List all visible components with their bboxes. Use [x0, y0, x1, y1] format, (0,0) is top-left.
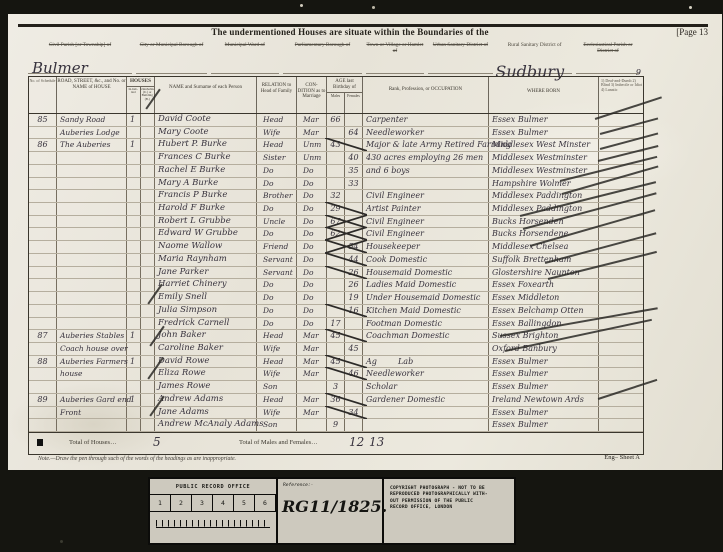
admin-field-label: Rural Sanitary District of: [497, 40, 572, 48]
name-cell: Harriet Chinery: [155, 279, 257, 291]
ruler-ticks: [156, 515, 270, 528]
admin-field-label: City or Municipal Borough of: [136, 40, 207, 48]
infirmity-cell: [599, 292, 643, 304]
age-male-cell: [327, 343, 345, 355]
occupation-cell: [363, 343, 489, 355]
name-cell: Fredrick Carnell: [155, 318, 257, 330]
condition-cell: Do: [297, 190, 327, 202]
total-houses-label: Total of Houses…: [69, 439, 117, 446]
houses-cell: [127, 241, 155, 253]
age-female-cell: [345, 114, 363, 126]
name-cell: Naome Wallow: [155, 241, 257, 253]
age-female-cell: [345, 318, 363, 330]
condition-cell: Do: [297, 178, 327, 190]
houses-cell: [127, 216, 155, 228]
name-cell: Mary A Burke: [155, 178, 257, 190]
header-houses: HOUSES In-hab-ited Uninhabited (U.) or B…: [127, 77, 155, 113]
infirmity-cell: [599, 368, 643, 380]
houses-cell: [127, 190, 155, 202]
road-cell: [57, 318, 127, 330]
houses-cell: 1: [127, 394, 155, 406]
occupation-cell: Civil Engineer: [363, 228, 489, 240]
census-row: Harriet ChineryDoDo26Ladies Maid Domesti…: [29, 279, 643, 292]
road-cell: [57, 228, 127, 240]
age-female-cell: 16: [345, 305, 363, 317]
condition-cell: Do: [297, 241, 327, 253]
road-cell: [57, 178, 127, 190]
road-cell: Auberies Farmers: [57, 356, 127, 368]
admin-field: Municipal Ward of: [211, 40, 279, 74]
birthplace-cell: Ireland Newtown Ards: [489, 394, 599, 406]
age-female-cell: [345, 228, 363, 240]
age-male-cell: [327, 407, 345, 419]
admin-field: Urban Sanitary District of: [428, 40, 494, 74]
total-females-value: 13: [369, 435, 384, 449]
age-male-cell: [327, 127, 345, 139]
census-row: 89Auberies Gard end1Andrew AdamsHeadMar3…: [29, 394, 643, 407]
schedule-cell: 89: [29, 394, 57, 406]
relation-cell: Head: [257, 330, 297, 342]
occupation-cell: Gardener Domestic: [363, 394, 489, 406]
census-row: Francis P BurkeBrotherDo32Civil Engineer…: [29, 190, 643, 203]
age-male-cell: 66: [327, 114, 345, 126]
public-record-office-stamp: PUBLIC RECORD OFFICE 123456 Reference:- …: [148, 477, 516, 545]
census-table: No. of Schedule ROAD, STREET, &c., and N…: [28, 76, 644, 455]
condition-cell: Unm: [297, 139, 327, 151]
census-row: Coach house overCaroline BakerWifeMar45O…: [29, 343, 643, 356]
condition-cell: Do: [297, 279, 327, 291]
condition-cell: [297, 419, 327, 431]
age-female-cell: [345, 203, 363, 215]
occupation-cell: [363, 419, 489, 431]
occupation-cell: Housemaid Domestic: [363, 267, 489, 279]
schedule-cell: [29, 407, 57, 419]
age-male-cell: [327, 279, 345, 291]
schedule-cell: 86: [29, 139, 57, 151]
road-cell: Front: [57, 407, 127, 419]
census-row: Naome WallowFriendDo54HousekeeperMiddles…: [29, 241, 643, 254]
age-female-cell: 40: [345, 152, 363, 164]
birthplace-cell: Essex Bulmer: [489, 419, 599, 431]
schedule-cell: 87: [29, 330, 57, 342]
age-female-cell: [345, 419, 363, 431]
road-cell: Auberies Lodge: [57, 127, 127, 139]
name-cell: Emily Snell: [155, 292, 257, 304]
schedule-cell: [29, 419, 57, 431]
name-cell: David Coote: [155, 114, 257, 126]
relation-cell: Do: [257, 305, 297, 317]
age-female-cell: 46: [345, 368, 363, 380]
schedule-cell: [29, 381, 57, 393]
infirmity-cell: [599, 343, 643, 355]
occupation-cell: Civil Engineer: [363, 216, 489, 228]
houses-cell: [127, 381, 155, 393]
occupation-cell: 430 acres employing 26 men: [363, 152, 489, 164]
name-cell: Eliza Rowe: [155, 368, 257, 380]
houses-cell: [127, 267, 155, 279]
table-body: 85Sandy Road1David CooteHeadMar66Carpent…: [29, 114, 643, 432]
road-cell: Auberies Stables: [57, 330, 127, 342]
infirmity-cell: [599, 330, 643, 342]
occupation-cell: Coachman Domestic: [363, 330, 489, 342]
name-cell: Frances C Burke: [155, 152, 257, 164]
age-female-cell: 34: [345, 407, 363, 419]
occupation-cell: Scholar: [363, 381, 489, 393]
occupation-cell: Needleworker: [363, 368, 489, 380]
census-row: Rachel E BurkeDoDo35and 6 boysMiddlesex …: [29, 165, 643, 178]
age-label: AGE last Birthday of: [333, 79, 356, 90]
houses-cell: [127, 279, 155, 291]
road-cell: [57, 152, 127, 164]
birthplace-cell: Essex Bulmer: [489, 127, 599, 139]
condition-cell: Do: [297, 305, 327, 317]
schedule-cell: [29, 368, 57, 380]
relation-cell: Wife: [257, 343, 297, 355]
ink-blot: [37, 439, 43, 446]
census-photograph: The undermentioned Houses are situate wi…: [0, 0, 723, 552]
houses-cell: 1: [127, 330, 155, 342]
schedule-cell: [29, 203, 57, 215]
age-male-cell: 45: [327, 356, 345, 368]
age-male-cell: [327, 305, 345, 317]
census-row: Auberies LodgeMary CooteWifeMar64Needlew…: [29, 127, 643, 140]
relation-cell: Wife: [257, 127, 297, 139]
relation-cell: Do: [257, 318, 297, 330]
header-occupation: Rank, Profession, or OCCUPATION: [363, 77, 489, 113]
name-cell: Mary Coote: [155, 127, 257, 139]
census-row: Harold F BurkeDoDo29Artist PainterMiddle…: [29, 203, 643, 216]
census-row: 88Auberies Farmers1David RoweHeadMar45Ag…: [29, 356, 643, 369]
occupation-cell: Footman Domestic: [363, 318, 489, 330]
age-female-cell: 44: [345, 254, 363, 266]
name-cell: Jane Adams: [155, 407, 257, 419]
occupation-cell: [363, 407, 489, 419]
admin-field-label: Urban Sanitary District of: [428, 40, 494, 48]
road-cell: [57, 254, 127, 266]
birthplace-cell: Essex Bulmer: [489, 381, 599, 393]
birthplace-cell: Essex Bulmer: [489, 368, 599, 380]
condition-cell: Do: [297, 228, 327, 240]
houses-cell: [127, 254, 155, 266]
age-male-cell: [327, 241, 345, 253]
relation-cell: Wife: [257, 407, 297, 419]
census-sheet: The undermentioned Houses are situate wi…: [8, 14, 722, 470]
census-row: 86The Auberies1Hubert P. BurkeHeadUnm43M…: [29, 139, 643, 152]
admin-band: Civil Parish [or Township] ofBulmerCity …: [28, 40, 644, 74]
occupation-cell: Needleworker: [363, 127, 489, 139]
age-female-cell: 54: [345, 241, 363, 253]
relation-cell: Head: [257, 356, 297, 368]
relation-cell: Friend: [257, 241, 297, 253]
age-male-cell: [327, 267, 345, 279]
occupation-cell: Ag Lab: [363, 356, 489, 368]
name-cell: Robert L Grubbe: [155, 216, 257, 228]
name-cell: James Rowe: [155, 381, 257, 393]
relation-cell: Do: [257, 279, 297, 291]
age-female-cell: [345, 381, 363, 393]
total-males-value: 12: [349, 435, 364, 449]
condition-cell: Mar: [297, 407, 327, 419]
name-cell: Rachel E Burke: [155, 165, 257, 177]
road-cell: The Auberies: [57, 139, 127, 151]
census-row: Julia SimpsonDoDo16Kitchen Maid Domestic…: [29, 305, 643, 318]
condition-cell: Do: [297, 318, 327, 330]
admin-field: Town or Village or Hamlet of: [366, 40, 423, 74]
occupation-cell: [363, 178, 489, 190]
birthplace-cell: Essex Middleton: [489, 292, 599, 304]
condition-cell: Do: [297, 254, 327, 266]
houses-cell: [127, 419, 155, 431]
houses-inhabited-label: In-hab-ited: [127, 87, 141, 113]
relation-cell: Brother: [257, 190, 297, 202]
birthplace-cell: Sussex Brighton: [489, 330, 599, 342]
schedule-cell: [29, 343, 57, 355]
header-relation: RELATION to Head of Family: [257, 77, 297, 113]
age-male-cell: [327, 178, 345, 190]
name-cell: Julia Simpson: [155, 305, 257, 317]
schedule-cell: [29, 254, 57, 266]
footnote: Note.—Draw the pen through such of the w…: [38, 456, 236, 462]
infirmity-cell: [599, 216, 643, 228]
schedule-cell: [29, 241, 57, 253]
condition-cell: Do: [297, 216, 327, 228]
houses-label: HOUSES: [127, 79, 154, 85]
admin-field-label: Civil Parish [or Township] of: [28, 40, 132, 48]
photo-speck: [300, 4, 303, 7]
census-row: 85Sandy Road1David CooteHeadMar66Carpent…: [29, 114, 643, 127]
occupation-cell: Carpenter: [363, 114, 489, 126]
occupation-cell: Artist Painter: [363, 203, 489, 215]
ruler-number: 1: [150, 495, 171, 511]
admin-field: Ecclesiastical Parish or District of9: [576, 40, 640, 74]
schedule-cell: [29, 127, 57, 139]
road-cell: [57, 190, 127, 202]
relation-cell: Head: [257, 114, 297, 126]
name-cell: Maria Raynham: [155, 254, 257, 266]
census-row: Fredrick CarnellDoDo17Footman DomesticEs…: [29, 318, 643, 331]
relation-cell: Do: [257, 165, 297, 177]
infirmity-cell: [599, 419, 643, 431]
relation-cell: Servant: [257, 254, 297, 266]
road-cell: [57, 419, 127, 431]
photo-speck: [689, 6, 692, 9]
age-male-cell: 3: [327, 381, 345, 393]
schedule-cell: [29, 305, 57, 317]
age-female-cell: [345, 356, 363, 368]
occupation-cell: Ladies Maid Domestic: [363, 279, 489, 291]
census-row: Frances C BurkeSisterUnm40430 acres empl…: [29, 152, 643, 165]
header-infirmities: 1) Deaf-and-Dumb 2) Blind 3) Imbecile or…: [599, 77, 643, 113]
name-cell: David Rowe: [155, 356, 257, 368]
infirmity-cell: [599, 190, 643, 202]
census-row: Emily SnellDoDo19Under Housemaid Domesti…: [29, 292, 643, 305]
age-female-cell: 19: [345, 292, 363, 304]
condition-cell: Mar: [297, 114, 327, 126]
schedule-cell: 88: [29, 356, 57, 368]
condition-cell: Mar: [297, 368, 327, 380]
condition-cell: Mar: [297, 356, 327, 368]
houses-cell: [127, 152, 155, 164]
admin-field-label: Parliamentary Borough of: [283, 40, 363, 48]
birthplace-cell: Essex Bulmer: [489, 407, 599, 419]
age-female-cell: [345, 394, 363, 406]
condition-cell: Do: [297, 267, 327, 279]
ruler-number: 2: [171, 495, 192, 511]
reference-label: Reference:-: [283, 483, 313, 488]
relation-cell: Do: [257, 203, 297, 215]
census-row: Mary A BurkeDoDo33Hampshire Wolmer: [29, 178, 643, 191]
road-cell: [57, 305, 127, 317]
age-male-cell: 62: [327, 228, 345, 240]
name-cell: Hubert P. Burke: [155, 139, 257, 151]
schedule-cell: [29, 279, 57, 291]
road-cell: Auberies Gard end: [57, 394, 127, 406]
age-female-cell: 26: [345, 267, 363, 279]
admin-field-value: Bulmer: [32, 59, 88, 77]
age-male-cell: 17: [327, 318, 345, 330]
admin-field: Rural Sanitary District ofSudbury: [497, 40, 572, 74]
occupation-cell: and 6 boys: [363, 165, 489, 177]
stamp-office-name: PUBLIC RECORD OFFICE: [150, 479, 276, 490]
infirmity-cell: [599, 267, 643, 279]
age-females-label: Females: [345, 93, 362, 113]
ruler-number: 4: [213, 495, 234, 511]
condition-cell: Do: [297, 165, 327, 177]
photo-edge-top: [0, 0, 723, 14]
age-female-cell: 35: [345, 165, 363, 177]
name-cell: Harold F Burke: [155, 203, 257, 215]
stamp-copyright: COPYRIGHT PHOTOGRAPH - NOT TO BEREPRODUC…: [384, 479, 514, 543]
header-road: ROAD, STREET, &c., and No. or NAME of HO…: [57, 77, 127, 113]
houses-cell: [127, 127, 155, 139]
houses-cell: [127, 203, 155, 215]
houses-cell: 1: [127, 114, 155, 126]
schedule-cell: [29, 165, 57, 177]
age-male-cell: [327, 292, 345, 304]
relation-cell: Son: [257, 381, 297, 393]
infirmity-cell: [599, 279, 643, 291]
schedule-cell: [29, 216, 57, 228]
houses-cell: [127, 305, 155, 317]
photo-speck: [372, 6, 375, 9]
total-persons-label: Total of Males and Females…: [239, 439, 318, 446]
relation-cell: Son: [257, 419, 297, 431]
sheet-label: Eng– Sheet A: [604, 454, 640, 461]
birthplace-cell: Middlesex Westminster: [489, 152, 599, 164]
photo-speck: [60, 540, 63, 543]
relation-cell: Servant: [257, 267, 297, 279]
stamp-reference: Reference:- RG11/1825.: [278, 479, 384, 543]
occupation-cell: Civil Engineer: [363, 190, 489, 202]
total-houses-value: 5: [153, 435, 161, 449]
page-title: The undermentioned Houses are situate wi…: [98, 27, 602, 37]
table-header: No. of Schedule ROAD, STREET, &c., and N…: [29, 77, 643, 114]
header-age: AGE last Birthday of Males Females: [327, 77, 363, 113]
schedule-cell: 85: [29, 114, 57, 126]
header-name: NAME and Surname of each Person: [155, 77, 257, 113]
road-cell: [57, 165, 127, 177]
name-cell: Caroline Baker: [155, 343, 257, 355]
copyright-line: RECORD OFFICE, LONDON: [390, 505, 514, 511]
relation-cell: Sister: [257, 152, 297, 164]
condition-cell: Do: [297, 292, 327, 304]
header-condition: CON- DITION as to Marriage: [297, 77, 327, 113]
houses-cell: [127, 178, 155, 190]
road-cell: [57, 203, 127, 215]
road-cell: Coach house over: [57, 343, 127, 355]
age-male-cell: [327, 152, 345, 164]
age-male-cell: [327, 254, 345, 266]
birthplace-cell: Middlesex West Minster: [489, 139, 599, 151]
occupation-cell: Kitchen Maid Domestic: [363, 305, 489, 317]
road-cell: house: [57, 368, 127, 380]
admin-field-label: Town or Village or Hamlet of: [366, 40, 423, 54]
relation-cell: Do: [257, 228, 297, 240]
occupation-cell: Under Housemaid Domestic: [363, 292, 489, 304]
name-cell: Andrew McAnaly Adams: [155, 419, 257, 431]
schedule-cell: [29, 178, 57, 190]
schedule-cell: [29, 292, 57, 304]
age-male-cell: 67: [327, 216, 345, 228]
ruler-number: 3: [192, 495, 213, 511]
age-female-cell: [345, 139, 363, 151]
relation-cell: Head: [257, 394, 297, 406]
road-cell: [57, 216, 127, 228]
occupation-cell: Major & late Army Retired Farming: [363, 139, 489, 151]
condition-cell: Mar: [297, 127, 327, 139]
age-female-cell: [345, 190, 363, 202]
ruler-number: 6: [255, 495, 276, 511]
ruler-numbers: 123456: [150, 494, 276, 512]
name-cell: Andrew Adams: [155, 394, 257, 406]
name-cell: Francis P Burke: [155, 190, 257, 202]
header-born: WHERE BORN: [489, 77, 599, 113]
census-row: houseEliza RoweWifeMar46NeedleworkerEsse…: [29, 368, 643, 381]
age-female-cell: [345, 330, 363, 342]
relation-cell: Head: [257, 139, 297, 151]
infirmity-cell: [599, 356, 643, 368]
reference-number: RG11/1825.: [282, 497, 387, 516]
condition-cell: Do: [297, 203, 327, 215]
admin-field: Parliamentary Borough of: [283, 40, 363, 74]
houses-cell: [127, 228, 155, 240]
name-cell: Edward W Grubbe: [155, 228, 257, 240]
census-row: Andrew McAnaly AdamsSon9Essex Bulmer: [29, 419, 643, 432]
birthplace-cell: Suffolk Brettenham: [489, 254, 599, 266]
birthplace-cell: Essex Bulmer: [489, 114, 599, 126]
condition-cell: Unm: [297, 152, 327, 164]
admin-field-label: Ecclesiastical Parish or District of: [576, 40, 640, 54]
admin-field: City or Municipal Borough of: [136, 40, 207, 74]
header-schedule: No. of Schedule: [29, 77, 57, 113]
schedule-cell: [29, 267, 57, 279]
condition-cell: Mar: [297, 330, 327, 342]
relation-cell: Do: [257, 178, 297, 190]
road-cell: [57, 267, 127, 279]
relation-cell: Do: [257, 292, 297, 304]
houses-cell: 1: [127, 356, 155, 368]
age-male-cell: 45: [327, 330, 345, 342]
age-males-label: Males: [327, 93, 345, 113]
census-row: James RoweSon3ScholarEssex Bulmer: [29, 381, 643, 394]
age-male-cell: 43: [327, 139, 345, 151]
age-male-cell: [327, 368, 345, 380]
page-number: [Page 13: [676, 27, 708, 37]
age-female-cell: 45: [345, 343, 363, 355]
road-cell: [57, 292, 127, 304]
ruler-number: 5: [234, 495, 255, 511]
age-male-cell: 29: [327, 203, 345, 215]
